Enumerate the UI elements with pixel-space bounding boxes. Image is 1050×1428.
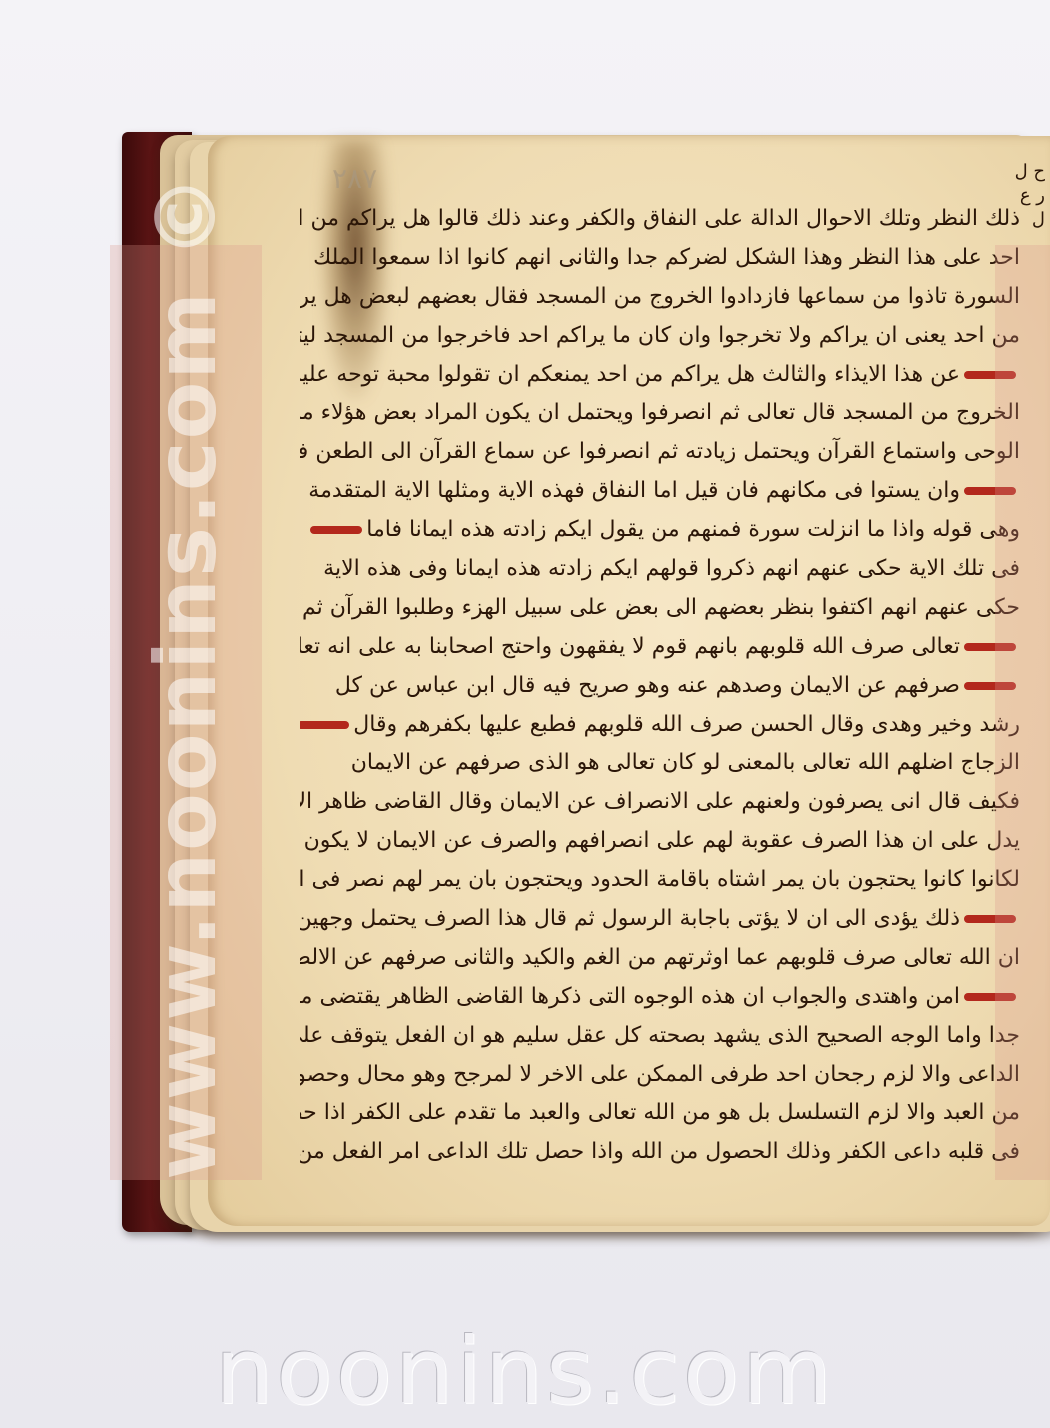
- text-line: ذلك النظر وتلك الاحوال الدالة على النفاق…: [300, 200, 1020, 239]
- text-line: الخروج من المسجد قال تعالى ثم انصرفوا وي…: [300, 394, 1020, 433]
- text-line: رشد وخير وهدى وقال الحسن صرف الله قلوبهم…: [300, 706, 1020, 745]
- text-line: فى قلبه داعى الكفر وذلك الحصول من الله و…: [300, 1133, 1020, 1172]
- text-line: ذلك يؤدى الى ان لا يؤتى باجابة الرسول ثم…: [300, 900, 1020, 939]
- text-line: حكى عنهم انهم اكتفوا بنظر بعضهم الى بعض …: [300, 589, 1020, 628]
- manuscript-text: ذلك النظر وتلك الاحوال الدالة على النفاق…: [300, 200, 1020, 1172]
- text-line: ان الله تعالى صرف قلوبهم عما اوثرتهم من …: [300, 939, 1020, 978]
- watermark-vertical: www.noonins.com ©: [116, 245, 256, 1180]
- text-line: يدل على ان هذا الصرف عقوبة لهم على انصرا…: [300, 822, 1020, 861]
- text-line: من احد يعنى ان يراكم ولا تخرجوا وان كان …: [300, 317, 1020, 356]
- text-line: احد على هذا النظر وهذا الشكل لضركم جدا و…: [300, 239, 1020, 278]
- text-line: وان يستوا فى مكانهم فان قيل اما النفاق ف…: [300, 472, 1020, 511]
- text-line: فى تلك الاية حكى عنهم انهم ذكروا قولهم ا…: [300, 550, 1020, 589]
- text-line: تعالى صرف الله قلوبهم بانهم قوم لا يفقهو…: [300, 628, 1020, 667]
- text-line: الداعى والا لزم رجحان احد طرفى الممكن عل…: [300, 1056, 1020, 1095]
- watermark-strip-right: [995, 245, 1050, 1180]
- text-line: امن واهتدى والجواب ان هذه الوجوه التى ذك…: [300, 978, 1020, 1017]
- folio-number: ٢٨٧: [332, 162, 377, 195]
- text-line: الوحى واستماع القرآن ويحتمل زيادته ثم ان…: [300, 433, 1020, 472]
- text-line: لكانوا كانوا يحتجون بان يمر اشتاه باقامة…: [300, 861, 1020, 900]
- text-line: عن هذا الايذاء والثالث هل يراكم من احد ي…: [300, 356, 1020, 395]
- watermark-bottom: noonins.com: [0, 1318, 1050, 1425]
- text-line: جدا واما الوجه الصحيح الذى يشهد بصحته كل…: [300, 1017, 1020, 1056]
- text-line: السورة تاذوا من سماعها فازدادوا الخروج م…: [300, 278, 1020, 317]
- text-line: من العبد والا لزم التسلسل بل هو من الله …: [300, 1094, 1020, 1133]
- text-line: وهى قوله واذا ما انزلت سورة فمنهم من يقو…: [300, 511, 1020, 550]
- rubric-mark: [300, 721, 349, 729]
- margin-note: ح ل ر ع ل: [1005, 160, 1045, 232]
- rubric-mark: [310, 526, 362, 534]
- text-line: الزجاج اضلهم الله تعالى بالمعنى لو كان ت…: [300, 744, 1020, 783]
- text-line: صرفهم عن الايمان وصدهم عنه وهو صريح فيه …: [300, 667, 1020, 706]
- text-line: فكيف قال انى يصرفون ولعنهم على الانصراف …: [300, 783, 1020, 822]
